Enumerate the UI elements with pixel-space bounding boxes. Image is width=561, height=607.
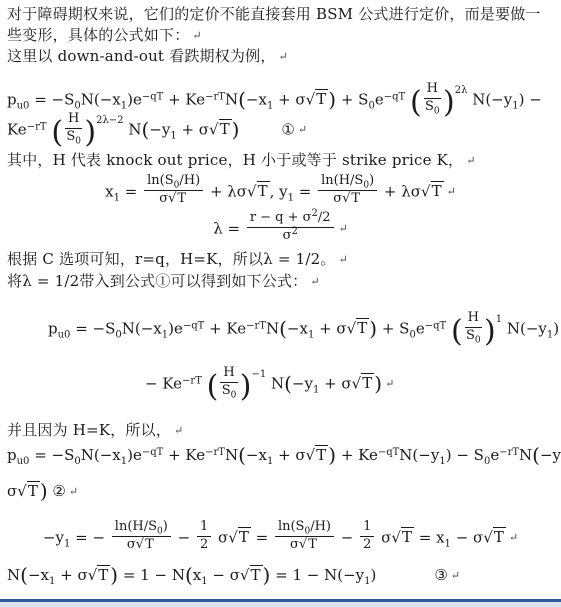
paragraph-mark-icon: ↵ <box>385 377 394 390</box>
square-root: √T <box>483 527 506 546</box>
fraction: HS0 <box>424 82 441 115</box>
window-bottom-border <box>0 599 561 607</box>
square-root: √T <box>209 119 232 138</box>
fraction: HS0 <box>465 311 482 344</box>
paragraph-mark-icon: ↵ <box>310 275 319 288</box>
square-root: √T <box>391 527 414 546</box>
formula-N-identity: N(−x1 + σ√T) = 1 − N(x1 − σ√T) = 1 − N(−… <box>7 568 460 583</box>
paragraph-text: 并且因为 H=K，所以， <box>7 421 171 439</box>
square-root: √T <box>17 481 40 500</box>
paragraph-mark-icon: ↵ <box>447 185 456 198</box>
paragraph-intro-line1: 对于障碍期权来说，它们的定价不能直接套用 BSM 公式进行定价，而是要做一 <box>7 4 541 24</box>
fraction: ln(S0/H)σ√T <box>275 520 334 553</box>
square-root: √T <box>228 527 251 546</box>
paragraph-text: 这里以 down-and-out 看跌期权为例， <box>7 47 276 65</box>
formula-eq2-line2: − Ke−rT (HS0)−1 N(−y1 + σ√T)↵ <box>145 368 394 401</box>
paragraph-text: 些变形，具体的公式如下： <box>7 26 189 44</box>
fraction: ln(H/S0)σ√T <box>318 174 377 207</box>
square-root: √T <box>88 565 111 584</box>
paragraph-h-equals-k: 并且因为 H=K，所以，↵ <box>7 420 183 441</box>
formula-eq2-line1: pu0 = −S0N(−x1)e−qT + Ke−rTN(−x1 + σ√T) … <box>48 313 559 346</box>
fraction: HS0 <box>65 112 82 145</box>
square-root: √T <box>347 318 370 337</box>
paragraph-mark-icon: ↵ <box>339 253 348 266</box>
paragraph-text: 对于障碍期权来说，它们的定价不能直接套用 BSM 公式进行定价，而是要做一 <box>7 5 541 23</box>
formula-eq1-line2: Ke−rT (HS0)2λ−2 N(−y1 + σ√T)①↵ <box>7 114 307 147</box>
formula-eq3-line2: σ√T) ②↵ <box>7 484 78 499</box>
square-root: √T <box>421 181 444 200</box>
paragraph-example: 这里以 down-and-out 看跌期权为例，↵ <box>7 46 288 67</box>
fraction: ln(S0/H)σ√T <box>144 174 203 207</box>
paragraph-text: 根据 C 选项可知，r=q，H=K，所以λ = 1/2。 <box>7 250 336 268</box>
paragraph-text: 其中，H 代表 knock out price，H 小于或等于 strike p… <box>7 151 463 169</box>
formula-x1-y1: x1 = ln(S0/H)σ√T + λσ√T, y1 = ln(H/S0)σ√… <box>0 176 561 209</box>
paragraph-text: 将λ = 1/2带入到公式①可以得到如下公式： <box>7 272 307 290</box>
square-root: √T <box>342 190 362 206</box>
formula-eq3-line1: pu0 = −S0N(−x1)e−qT + Ke−rTN(−x1 + σ√T) … <box>7 448 561 463</box>
fraction: ln(H/S0)σ√T <box>112 520 171 553</box>
square-root: √T <box>352 373 375 392</box>
fraction: r − q + σ2/2σ2 <box>247 211 334 244</box>
paragraph-substitute: 将λ = 1/2带入到公式①可以得到如下公式：↵ <box>7 271 320 292</box>
square-root: √T <box>240 565 263 584</box>
paragraph-mark-icon: ↵ <box>339 222 348 235</box>
paragraph-knockout: 其中，H 代表 knock out price，H 小于或等于 strike p… <box>7 150 476 171</box>
paragraph-mark-icon: ↵ <box>466 154 475 167</box>
square-root: √T <box>136 536 156 552</box>
formula-neg-y1: −y1 = − ln(H/S0)σ√T − 12 σ√T = ln(S0/H)σ… <box>0 522 561 555</box>
square-root: √T <box>306 445 329 464</box>
paragraph-mark-icon: ↵ <box>69 485 78 498</box>
formula-lambda: λ = r − q + σ2/2σ2↵ <box>0 213 561 246</box>
paragraph-option-c: 根据 C 选项可知，r=q，H=K，所以λ = 1/2。↵ <box>7 249 348 270</box>
square-root: √T <box>306 89 329 108</box>
paragraph-mark-icon: ↵ <box>174 424 183 437</box>
formula-eq1-line1: pu0 = −S0N(−x1)e−qT + Ke−rTN(−x1 + σ√T) … <box>7 84 542 117</box>
fraction: 12 <box>360 520 374 553</box>
fraction: HS0 <box>220 366 237 399</box>
paragraph-intro-line2: 些变形，具体的公式如下：↵ <box>7 25 202 46</box>
square-root: √T <box>168 190 188 206</box>
fraction: 12 <box>197 520 211 553</box>
paragraph-mark-icon: ↵ <box>509 531 518 544</box>
square-root: √T <box>247 181 270 200</box>
paragraph-mark-icon: ↵ <box>451 569 460 582</box>
square-root: √T <box>299 536 319 552</box>
document-page: 对于障碍期权来说，它们的定价不能直接套用 BSM 公式进行定价，而是要做一 些变… <box>0 0 561 607</box>
paragraph-mark-icon: ↵ <box>298 123 307 136</box>
paragraph-mark-icon: ↵ <box>279 50 288 63</box>
paragraph-mark-icon: ↵ <box>192 29 201 42</box>
